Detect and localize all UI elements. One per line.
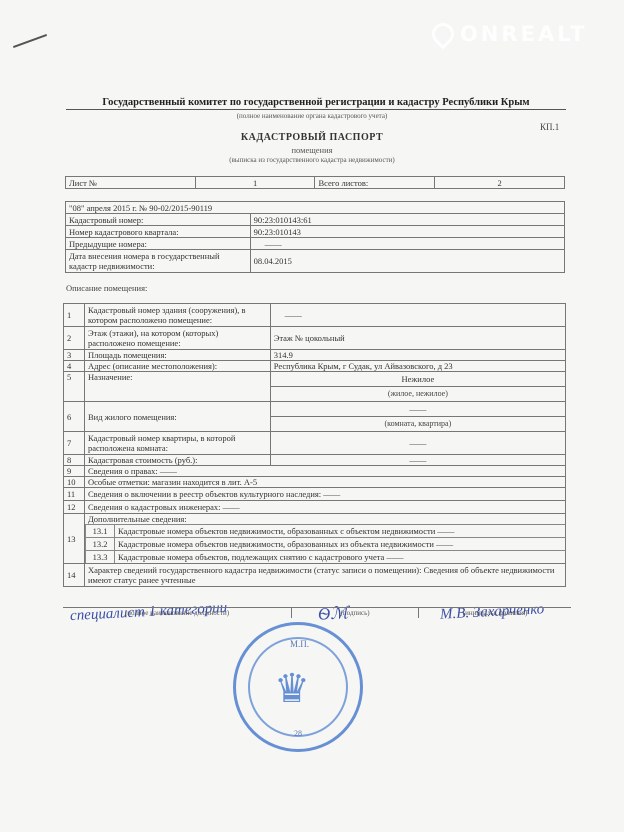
description-table: 1 Кадастровый номер здания (сооружения),…: [63, 303, 566, 587]
form-code: КП.1: [540, 122, 559, 132]
special-notes: Особые отметки: магазин находится в лит.…: [85, 477, 566, 488]
initials-caption: (инициалы, фамилия): [419, 608, 571, 619]
document-subtitle: помещения: [0, 145, 624, 155]
row-number: 11: [64, 488, 85, 501]
floor-label: Этаж (этажи), на котором (которых) распо…: [85, 327, 271, 350]
record-status: Характер сведений государственного кадас…: [85, 564, 566, 587]
document-page: ONREALT Государственный комитет по госуд…: [0, 0, 624, 832]
purpose-value: Нежилое: [270, 372, 565, 387]
watermark-text: ONREALT: [460, 22, 587, 46]
agency-name: Государственный комитет по государственн…: [66, 97, 566, 110]
document-subtitle-caption: (выписка из государственного кадастра не…: [0, 156, 624, 164]
area-label: Площадь помещения:: [85, 350, 271, 361]
row-number: 13: [64, 514, 85, 564]
sheet-value: 1: [195, 177, 315, 189]
official-stamp: М.П. ♛ 28: [233, 622, 363, 752]
quarter-number-value: 90:23:010143: [250, 226, 564, 238]
sub-row-number: 13.1: [86, 525, 115, 538]
sub-row-number: 13.3: [86, 551, 115, 564]
apartment-number-value: ——: [270, 432, 565, 455]
row-number: 7: [64, 432, 85, 455]
engineers-info: Сведения о кадастровых инженерах: ——: [85, 501, 566, 514]
row-number: 10: [64, 477, 85, 488]
row-number: 14: [64, 564, 85, 587]
sheet-label: Лист №: [66, 177, 196, 189]
previous-numbers-label: Предыдущие номера:: [66, 238, 251, 250]
sub-row-number: 13.2: [86, 538, 115, 551]
quarter-number-label: Номер кадастрового квартала:: [66, 226, 251, 238]
floor-value: Этаж № цокольный: [270, 327, 565, 350]
living-type-label: Вид жилого помещения:: [85, 402, 271, 432]
entry-date-value: 08.04.2015: [250, 250, 564, 273]
cadastral-number-value: 90:23:010143:61: [250, 214, 564, 226]
row-number: 6: [64, 402, 85, 432]
row-number: 12: [64, 501, 85, 514]
coat-of-arms-icon: ♛: [274, 665, 310, 712]
previous-numbers-value: ——: [250, 238, 564, 250]
signature-caption: (подпись): [292, 608, 419, 619]
address-label: Адрес (описание местоположения):: [85, 361, 271, 372]
address-value: Республика Крым, г Судак, ул Айвазовског…: [270, 361, 565, 372]
registration-header: "08" апреля 2015 г. № 90-02/2015-90119: [66, 202, 565, 214]
house-pin-icon: [427, 18, 458, 49]
additional-info-subtable: 13.1 Кадастровые номера объектов недвижи…: [85, 524, 565, 563]
signature-table: (полное наименование должности) (подпись…: [63, 607, 571, 618]
total-label: Всего листов:: [315, 177, 435, 189]
position-caption: (полное наименование должности): [63, 608, 292, 619]
purpose-caption: (жилое, нежилое): [270, 387, 565, 402]
row-number: 9: [64, 466, 85, 477]
heritage-info: Сведения о включении в реестр объектов к…: [85, 488, 566, 501]
sheet-table: Лист № 1 Всего листов: 2: [65, 176, 565, 189]
stamp-number: 28: [294, 729, 302, 738]
sub-row-text: Кадастровые номера объектов недвижимости…: [115, 538, 566, 551]
description-section-label: Описание помещения:: [66, 283, 147, 293]
registration-table: "08" апреля 2015 г. № 90-02/2015-90119 К…: [65, 201, 565, 273]
sub-row-text: Кадастровые номера объектов, подлежащих …: [115, 551, 566, 564]
watermark: ONREALT: [432, 22, 587, 46]
pen-mark: [13, 34, 48, 48]
purpose-label: Назначение:: [85, 372, 271, 402]
total-value: 2: [435, 177, 565, 189]
living-type-caption: (комната, квартира): [270, 417, 565, 432]
rights-info: Сведения о правах: ——: [85, 466, 566, 477]
apartment-number-label: Кадастровый номер квартиры, в которой ра…: [85, 432, 271, 455]
entry-date-label: Дата внесения номера в государственный к…: [66, 250, 251, 273]
row-number: 1: [64, 304, 85, 327]
document-title: КАДАСТРОВЫЙ ПАСПОРТ: [0, 132, 624, 143]
area-value: 314.9: [270, 350, 565, 361]
additional-info-label: Дополнительные сведения:: [85, 514, 565, 524]
row-number: 3: [64, 350, 85, 361]
building-number-label: Кадастровый номер здания (сооружения), в…: [85, 304, 271, 327]
cadastral-value-value: ——: [270, 455, 565, 466]
row-number: 8: [64, 455, 85, 466]
living-type-value: ——: [270, 402, 565, 417]
cadastral-value-label: Кадастровая стоимость (руб.):: [85, 455, 271, 466]
building-number-value: ——: [270, 304, 565, 327]
stamp-mp: М.П.: [290, 639, 309, 649]
additional-info: Дополнительные сведения: 13.1 Кадастровы…: [85, 514, 566, 564]
sub-row-text: Кадастровые номера объектов недвижимости…: [115, 525, 566, 538]
row-number: 2: [64, 327, 85, 350]
row-number: 5: [64, 372, 85, 402]
cadastral-number-label: Кадастровый номер:: [66, 214, 251, 226]
agency-caption: (полное наименование органа кадастрового…: [0, 112, 624, 120]
row-number: 4: [64, 361, 85, 372]
